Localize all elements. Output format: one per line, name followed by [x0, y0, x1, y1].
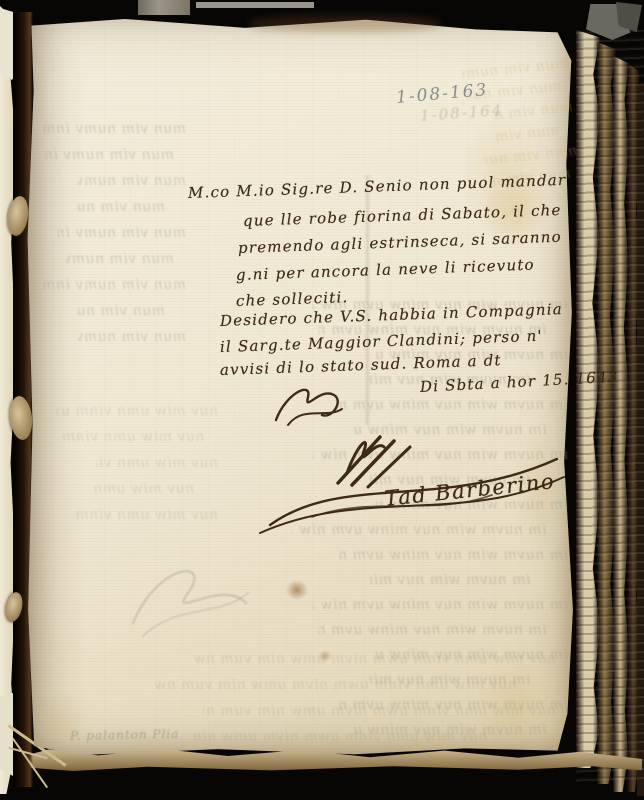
- showthrough-line: nuv miw umn vinm uwm nivm umw nim vum nw: [57, 398, 219, 424]
- background-object: [196, 2, 314, 8]
- showthrough-line: nuv miw umn vinm uwm nivm umw nim vum nw: [60, 424, 205, 450]
- background-object: [138, 0, 190, 15]
- page-edge-strip: [613, 56, 629, 792]
- showthrough-line: mun vim numv inm muv winu mvn imu nuvm i…: [66, 246, 174, 272]
- showthrough-line: nuv miw umn vinm uwm nivm umw nim vum nw: [96, 450, 218, 476]
- pencil-note: P. palanton Plia: [70, 727, 180, 743]
- showthrough-line: nuv miw umn vinm uwm nivm umw nim vum nw: [100, 672, 517, 698]
- showthrough-line: mun vim numv inm muv winu mvn imu nuvm i…: [47, 142, 175, 168]
- book-photo: mun vim numv inm muv winu mvn imu nuvm i…: [0, 0, 644, 800]
- showthrough-line: nuv miw umn vinm uwm nivm umw nim vum nw: [74, 502, 219, 528]
- showthrough-line: im nuvm wim nuv minw uvm niw muvn im uwn: [340, 393, 568, 418]
- showthrough-text-block: nuv miw umn vinm uwm nivm umw nim vum nw…: [48, 398, 218, 528]
- showthrough-line: im nuvm wim nuv minw uvm niw muvn im uwn: [319, 618, 547, 643]
- showthrough-flourish: [118, 548, 258, 648]
- showthrough-line: mun vim numv inm muv winu mvn imu nuvm i…: [75, 194, 165, 220]
- showthrough-line: mun vim numv inm muv winu mvn imu nuvm i…: [75, 298, 165, 324]
- showthrough-line: nuv miw umn vinm uwm nivm umw nim vum nw: [92, 476, 194, 502]
- showthrough-line: nuv miw umn vinm uwm nivm umw nim vum nw: [91, 646, 557, 672]
- showthrough-line: nuv miw umn vinm uwm nivm umw nim vum nw: [203, 698, 556, 724]
- showthrough-line: mun vim numv inm muv winu mvn imu nuvm i…: [44, 272, 187, 298]
- showthrough-line: im nuvm wim nuv minw uvm niw muvn im uwn: [313, 593, 568, 618]
- showthrough-line: im nuvm wim nuv minw uvm niw muvn im uwn: [340, 543, 568, 568]
- page-edge-strip: [576, 30, 600, 768]
- showthrough-line: mun vim numv inm muv winu mvn imu nuvm i…: [44, 116, 187, 142]
- showthrough-line: mun vim numv inm muv winu mvn imu nuvm i…: [59, 220, 187, 246]
- showthrough-line: im nuvm wim nuv minw uvm niw muvn im uwn: [370, 568, 531, 593]
- showthrough-text-block: mun vim numv inm muv winu mvn imu nuvm i…: [36, 116, 186, 350]
- showthrough-line: nuv miw umn vinm uwm nivm umw nim vum nw: [193, 724, 487, 750]
- showthrough-line: mun vim numv inm muv winu mvn imu nuvm i…: [78, 324, 186, 350]
- showthrough-line: mun vim numv inm muv winu mvn imu nuvm i…: [78, 168, 186, 194]
- page-edge-strip: [637, 84, 644, 796]
